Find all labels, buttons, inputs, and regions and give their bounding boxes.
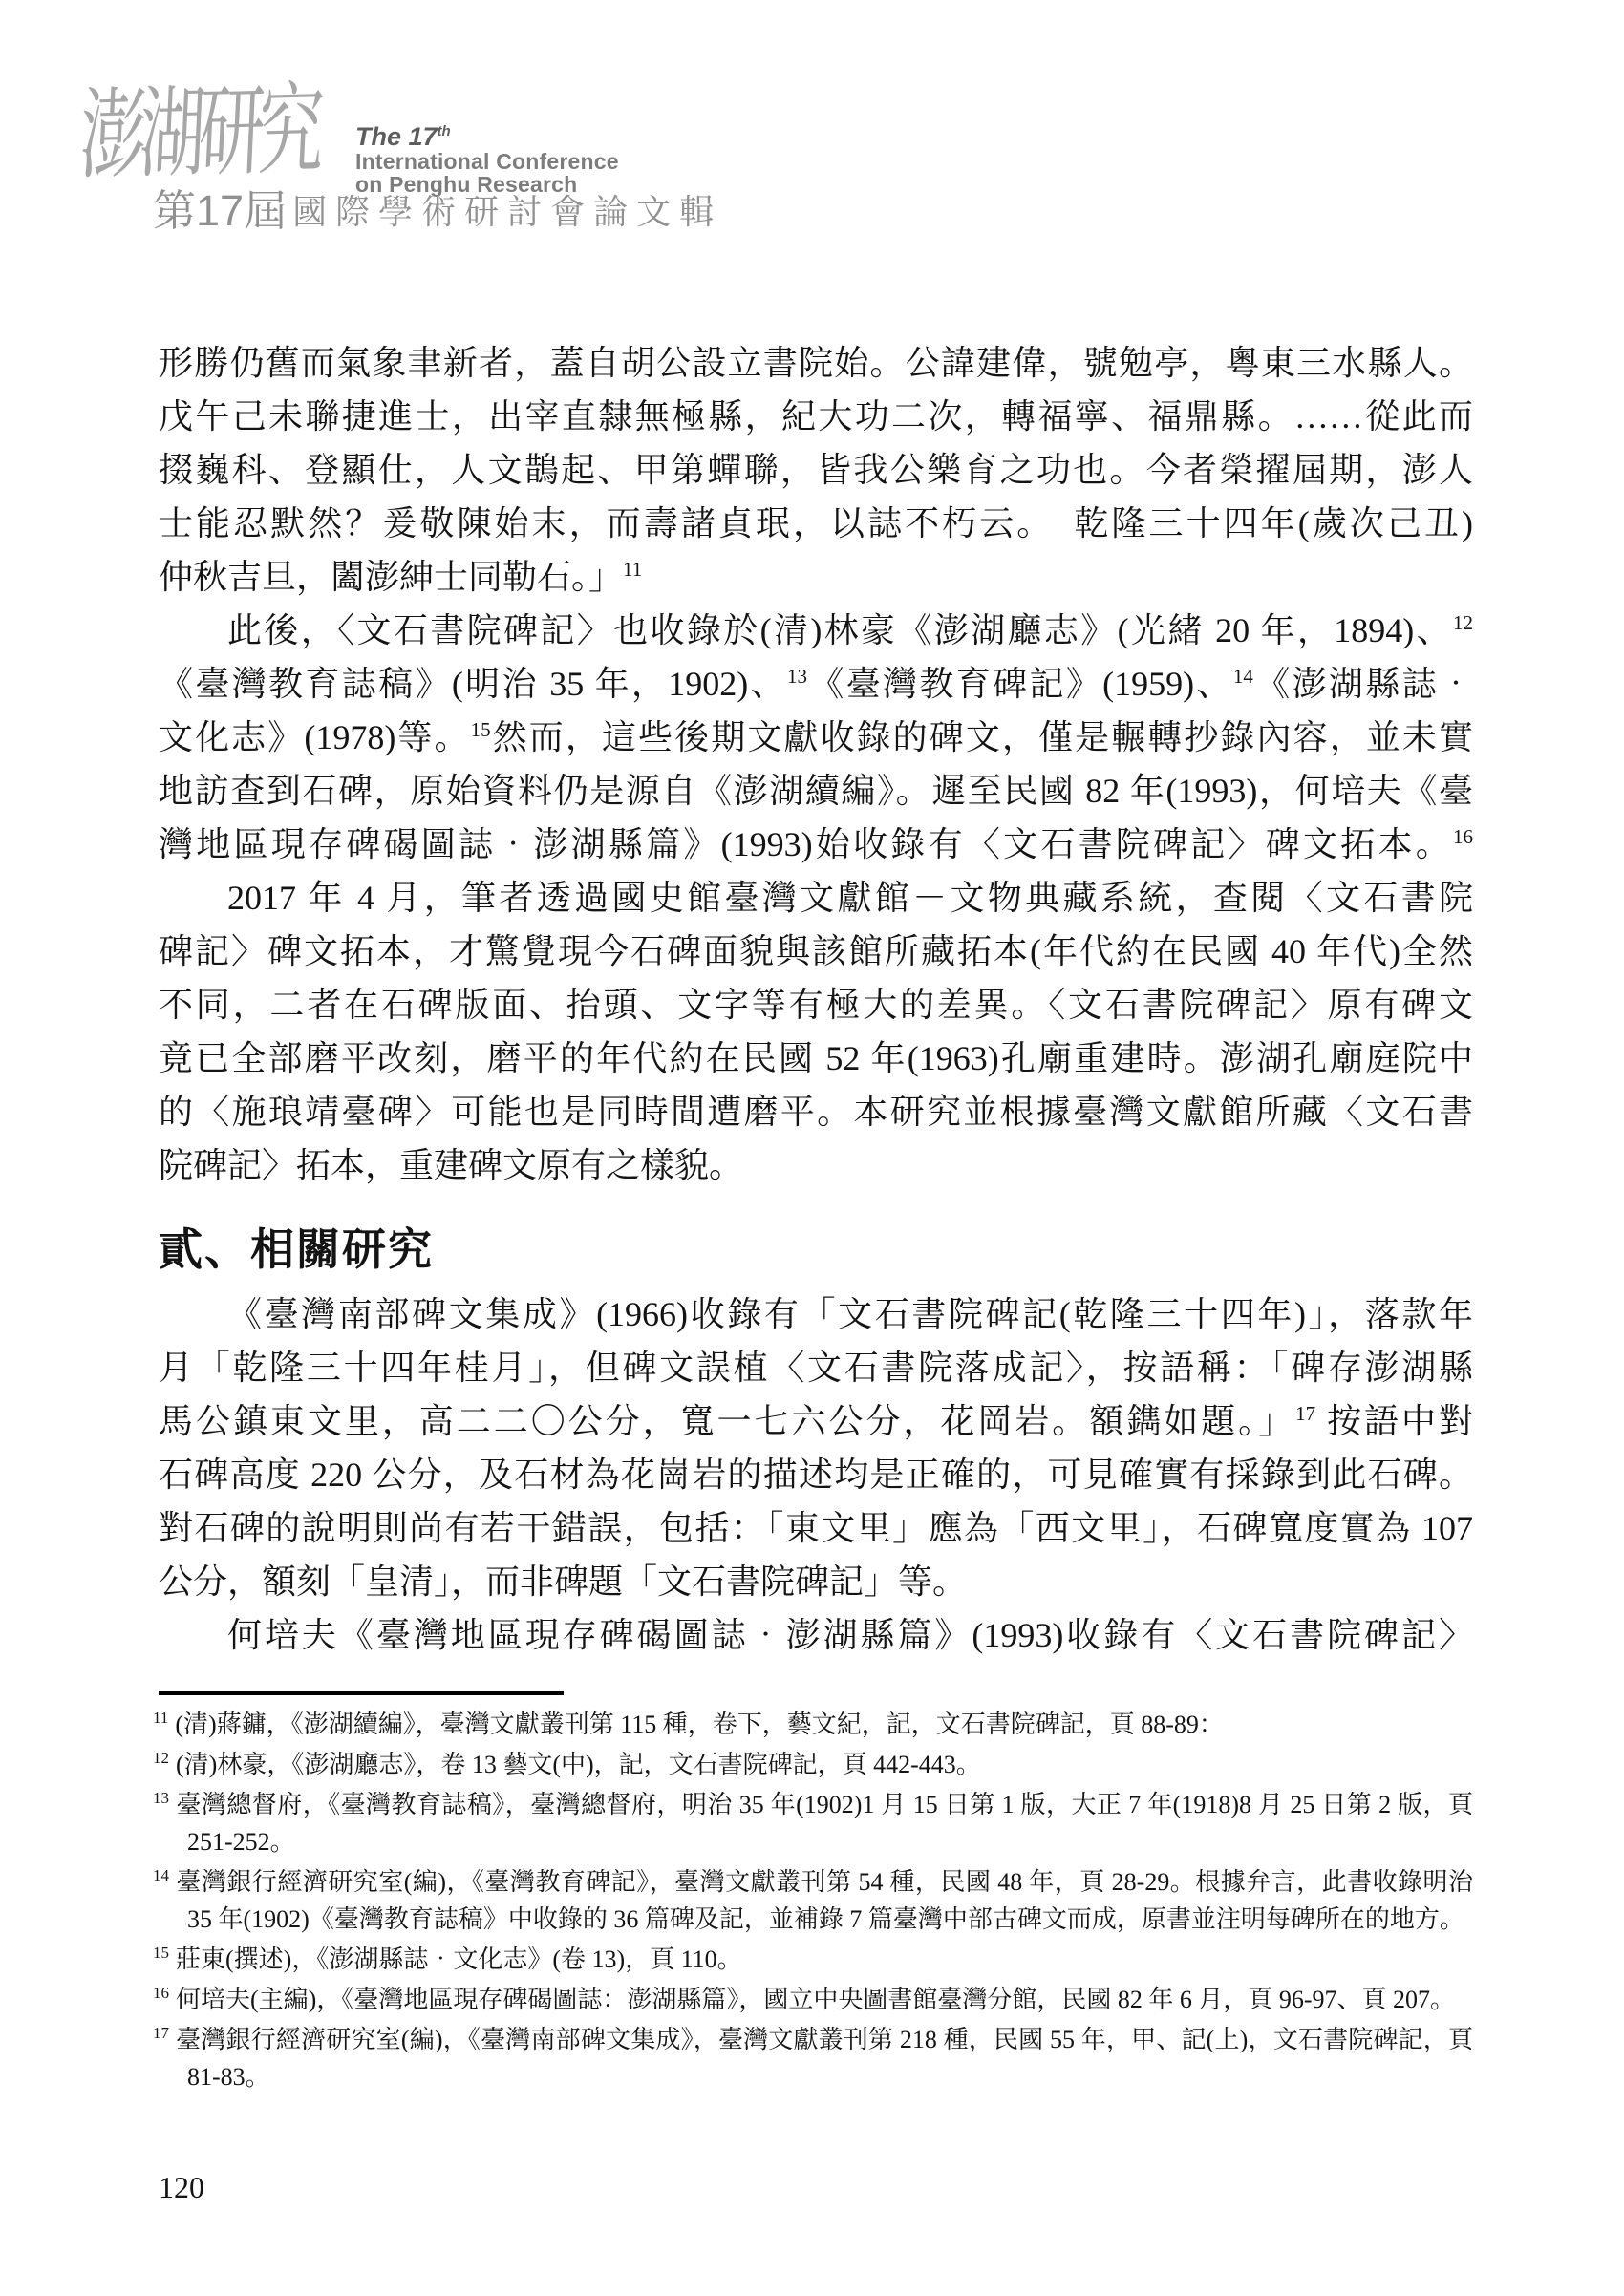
footnote-item: 13臺灣總督府，《臺灣教育誌稿》，臺灣總督府，明治 35 年(1902)1 月 … xyxy=(153,1786,1473,1860)
body-text-line: 灣地區現存碑碣圖誌‧澎湖縣篇》(1993)始收錄有〈文石書院碑記〉碑文拓本。16 xyxy=(159,818,1473,871)
body-text-line: 不同，二者在石碑版面、抬頭、文字等有極大的差異。〈文石書院碑記〉原有碑文 xyxy=(159,978,1473,1031)
proceedings-series-title: 第17屆國際學術研討會論文輯 xyxy=(153,176,722,238)
body-text-line: 竟已全部磨平改刻，磨平的年代約在民國 52 年(1963)孔廟重建時。澎湖孔廟庭… xyxy=(159,1031,1473,1085)
footnote-reference: 16 xyxy=(1453,825,1473,848)
body-text-segment: 石碑高度 220 公分，及石材為花崗岩的描述均是正確的，可見確實有採錄到此石碑。 xyxy=(159,1456,1473,1494)
footnote-reference: 11 xyxy=(623,558,642,581)
body-text-line: 院碑記〉拓本，重建碑文原有之樣貌。 xyxy=(159,1138,1473,1192)
body-text-segment: 文化志》(1978)等。 xyxy=(159,718,471,756)
footnote-text: (清)蔣鏞，《澎湖續編》，臺灣文獻叢刊第 115 種，卷下，藝文紀，記，文石書院… xyxy=(175,1711,1224,1738)
body-text-segment: 戊午己未聯捷進士，出宰直隸無極縣，紀大功二次，轉福寧、福鼎縣。……從此而 xyxy=(159,397,1473,436)
body-text-line: 戊午己未聯捷進士，出宰直隸無極縣，紀大功二次，轉福寧、福鼎縣。……從此而 xyxy=(159,390,1473,443)
body-text-segment: 形勝仍舊而氣象聿新者，蓋自胡公設立書院始。公諱建偉，號勉亭，粵東三水縣人。 xyxy=(159,344,1473,382)
body-text-segment: 碑記〉碑文拓本，才驚覺現今石碑面貌與該館所藏拓本(年代約在民國 40 年代)全然 xyxy=(159,932,1473,970)
body-text-line: 對石碑的說明則尚有若干錯誤，包括：「東文里」應為「西文里」，石碑寬度實為 107 xyxy=(159,1501,1473,1555)
body-text-line: 地訪查到石碑，原始資料仍是源自《澎湖續編》。遲至民國 82 年(1993)，何培… xyxy=(159,764,1473,818)
footnote-item: 14臺灣銀行經濟研究室(編)，《臺灣教育碑記》，臺灣文獻叢刊第 54 種，民國 … xyxy=(153,1863,1473,1938)
body-text-segment: 《臺灣南部碑文集成》(1966)收錄有「文石書院碑記(乾隆三十四年)」，落款年 xyxy=(227,1295,1473,1333)
section-heading: 貳、相關研究 xyxy=(159,1221,1473,1280)
body-text-segment: 按語中對 xyxy=(1315,1402,1473,1440)
body-text-segment: 《臺灣教育碑記》(1959)、 xyxy=(807,665,1233,703)
footnote-item: 17臺灣銀行經濟研究室(編)，《臺灣南部碑文集成》，臺灣文獻叢刊第 218 種，… xyxy=(153,2021,1473,2095)
body-text-line: 仲秋吉旦，闔澎紳士同勒石。」11 xyxy=(159,550,1473,604)
footnote-separator-rule xyxy=(159,1691,564,1695)
footnote-number: 17 xyxy=(153,2024,169,2042)
logo-the-17th: The 17th xyxy=(355,118,619,150)
footnote-text: 臺灣銀行經濟研究室(編)，《臺灣教育碑記》，臺灣文獻叢刊第 54 種，民國 48… xyxy=(176,1868,1473,1933)
logo-the-superscript: th xyxy=(438,123,451,139)
footnote-item: 12(清)林豪，《澎湖廳志》，卷 13 藝文(中)，記，文石書院碑記，頁 442… xyxy=(153,1746,1473,1783)
footnote-text: 臺灣總督府，《臺灣教育誌稿》，臺灣總督府，明治 35 年(1902)1 月 15… xyxy=(176,1791,1473,1856)
footnote-reference: 15 xyxy=(471,718,491,741)
body-text-line: 形勝仍舊而氣象聿新者，蓋自胡公設立書院始。公諱建偉，號勉亭，粵東三水縣人。 xyxy=(159,336,1473,390)
body-text-segment: 地訪查到石碑，原始資料仍是源自《澎湖續編》。遲至民國 82 年(1993)，何培… xyxy=(159,772,1473,810)
footnote-text: (清)林豪，《澎湖廳志》，卷 13 藝文(中)，記，文石書院碑記，頁 442-4… xyxy=(176,1751,981,1778)
body-text-line: 馬公鎮東文里，高二二〇公分，寬一七六公分，花岡岩。額鐫如題。」17 按語中對 xyxy=(159,1394,1473,1448)
footnote-item: 16何培夫(主編)，《臺灣地區現存碑碣圖誌：澎湖縣篇》，國立中央圖書館臺灣分館，… xyxy=(153,1981,1473,2018)
footnotes: 11(清)蔣鏞，《澎湖續編》，臺灣文獻叢刊第 115 種，卷下，藝文紀，記，文石… xyxy=(153,1706,1473,2098)
body-content: 形勝仍舊而氣象聿新者，蓋自胡公設立書院始。公諱建偉，號勉亭，粵東三水縣人。戊午己… xyxy=(159,336,1473,1662)
body-text-line: 掇巍科、登顯仕，人文鵲起、甲第蟬聯，皆我公樂育之功也。今者榮擢屆期，澎人 xyxy=(159,443,1473,497)
body-text-segment: 灣地區現存碑碣圖誌‧澎湖縣篇》(1993)始收錄有〈文石書院碑記〉碑文拓本。 xyxy=(159,825,1453,863)
footnote-reference: 13 xyxy=(787,665,807,688)
body-text-segment: 掇巍科、登顯仕，人文鵲起、甲第蟬聯，皆我公樂育之功也。今者榮擢屆期，澎人 xyxy=(159,451,1473,489)
body-text-segment: 《臺灣教育誌稿》(明治 35 年，1902)、 xyxy=(159,665,787,703)
series-number: 第17屆 xyxy=(153,186,287,235)
body-text-line: 公分，額刻「皇清」，而非碑題「文石書院碑記」等。 xyxy=(159,1555,1473,1608)
footnote-text: 臺灣銀行經濟研究室(編)，《臺灣南部碑文集成》，臺灣文獻叢刊第 218 種，民國… xyxy=(176,2026,1473,2091)
series-title-text: 國際學術研討會論文輯 xyxy=(292,192,722,231)
body-text-line: 月「乾隆三十四年桂月」，但碑文誤植〈文石書院落成記〉，按語稱：「碑存澎湖縣 xyxy=(159,1341,1473,1394)
body-text-segment: 此後，〈文石書院碑記〉也收錄於(清)林豪《澎湖廳志》(光緒 20 年，1894)… xyxy=(227,611,1453,649)
body-text-line: 何培夫《臺灣地區現存碑碣圖誌‧澎湖縣篇》(1993)收錄有〈文石書院碑記〉 xyxy=(159,1608,1473,1662)
logo-the-text: The 17 xyxy=(355,122,438,151)
body-text-segment: 然而，這些後期文獻收錄的碑文，僅是輾轉抄錄內容，並未實 xyxy=(491,718,1473,756)
document-page: 澎湖研究 The 17th International Conference o… xyxy=(0,0,1624,2296)
body-text-line: 碑記〉碑文拓本，才驚覺現今石碑面貌與該館所藏拓本(年代約在民國 40 年代)全然 xyxy=(159,925,1473,978)
logo-conference-line1: International Conference xyxy=(355,150,619,173)
footnote-reference: 17 xyxy=(1295,1402,1315,1425)
body-text-segment: 馬公鎮東文里，高二二〇公分，寬一七六公分，花岡岩。額鐫如題。」 xyxy=(159,1402,1295,1440)
body-text-line: 2017 年 4 月，筆者透過國史館臺灣文獻館－文物典藏系統，查閱〈文石書院 xyxy=(159,871,1473,925)
body-text-segment: 《澎湖縣誌‧ xyxy=(1253,665,1473,703)
body-text-line: 的〈施琅靖臺碑〉可能也是同時間遭磨平。本研究並根據臺灣文獻館所藏〈文石書 xyxy=(159,1085,1473,1138)
footnote-number: 16 xyxy=(153,1984,169,2002)
footnote-text: 何培夫(主編)，《臺灣地區現存碑碣圖誌：澎湖縣篇》，國立中央圖書館臺灣分館，民國… xyxy=(176,1986,1455,2013)
footnote-text: 莊東(撰述)，《澎湖縣誌‧文化志》(卷 13)，頁 110。 xyxy=(176,1945,742,1973)
body-text-segment: 對石碑的說明則尚有若干錯誤，包括：「東文里」應為「西文里」，石碑寬度實為 107 xyxy=(159,1509,1473,1547)
footnote-number: 12 xyxy=(153,1749,169,1767)
body-text-segment: 仲秋吉旦，闔澎紳士同勒石。」 xyxy=(159,558,623,596)
body-text-line: 《臺灣南部碑文集成》(1966)收錄有「文石書院碑記(乾隆三十四年)」，落款年 xyxy=(159,1287,1473,1341)
body-text-segment: 竟已全部磨平改刻，磨平的年代約在民國 52 年(1963)孔廟重建時。澎湖孔廟庭… xyxy=(159,1039,1473,1077)
footnote-item: 15莊東(撰述)，《澎湖縣誌‧文化志》(卷 13)，頁 110。 xyxy=(153,1941,1473,1978)
footnote-number: 13 xyxy=(153,1789,169,1807)
body-text-line: 《臺灣教育誌稿》(明治 35 年，1902)、13《臺灣教育碑記》(1959)、… xyxy=(159,657,1473,711)
footnote-item: 11(清)蔣鏞，《澎湖續編》，臺灣文獻叢刊第 115 種，卷下，藝文紀，記，文石… xyxy=(153,1706,1473,1743)
body-text-line: 此後，〈文石書院碑記〉也收錄於(清)林豪《澎湖廳志》(光緒 20 年，1894)… xyxy=(159,604,1473,657)
footnote-reference: 12 xyxy=(1453,611,1473,634)
page-number: 120 xyxy=(159,2170,204,2205)
footnote-number: 11 xyxy=(153,1709,168,1727)
body-text-segment: 不同，二者在石碑版面、抬頭、文字等有極大的差異。〈文石書院碑記〉原有碑文 xyxy=(159,986,1473,1024)
body-text-line: 石碑高度 220 公分，及石材為花崗岩的描述均是正確的，可見確實有採錄到此石碑。 xyxy=(159,1448,1473,1501)
body-text-segment: 2017 年 4 月，筆者透過國史館臺灣文獻館－文物典藏系統，查閱〈文石書院 xyxy=(227,879,1473,917)
body-text-line: 士能忍默然？爰敬陳始末，而壽諸貞珉，以誌不朽云。 乾隆三十四年(歲次己丑) xyxy=(159,497,1473,550)
body-text-segment: 月「乾隆三十四年桂月」，但碑文誤植〈文石書院落成記〉，按語稱：「碑存澎湖縣 xyxy=(159,1349,1473,1387)
footnote-number: 15 xyxy=(153,1944,169,1962)
footnote-number: 14 xyxy=(153,1866,169,1884)
body-text-segment: 士能忍默然？爰敬陳始末，而壽諸貞珉，以誌不朽云。 乾隆三十四年(歲次己丑) xyxy=(159,504,1473,542)
body-text-segment: 院碑記〉拓本，重建碑文原有之樣貌。 xyxy=(159,1146,743,1184)
body-text-segment: 何培夫《臺灣地區現存碑碣圖誌‧澎湖縣篇》(1993)收錄有〈文石書院碑記〉 xyxy=(227,1616,1473,1654)
body-text-segment: 公分，額刻「皇清」，而非碑題「文石書院碑記」等。 xyxy=(159,1563,967,1601)
footnote-reference: 14 xyxy=(1233,665,1253,688)
body-text-line: 文化志》(1978)等。15然而，這些後期文獻收錄的碑文，僅是輾轉抄錄內容，並未… xyxy=(159,711,1473,764)
body-text-segment: 的〈施琅靖臺碑〉可能也是同時間遭磨平。本研究並根據臺灣文獻館所藏〈文石書 xyxy=(159,1093,1473,1131)
